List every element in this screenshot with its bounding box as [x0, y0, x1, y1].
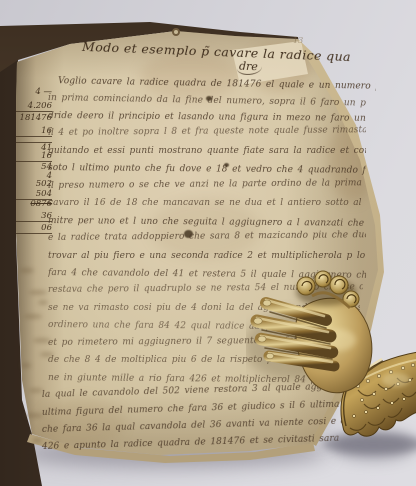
- folio-number: 13: [293, 36, 303, 45]
- ink-smudge: [40, 352, 54, 357]
- margin-calculation-item: 16: [16, 151, 52, 162]
- margin-calculation-item: 36: [16, 211, 52, 222]
- margin-calculation-item: 502: [16, 179, 52, 189]
- brass-hand-clasp: [246, 262, 416, 462]
- ink-smudge: [38, 300, 48, 305]
- fingernail: [258, 336, 266, 342]
- ink-smudge: [29, 388, 43, 393]
- manuscript-line: cavaro il 16 de 18 che mancavan se ne du…: [48, 198, 366, 213]
- ink-smudge: [32, 438, 42, 443]
- margin-calculation-item: 06: [16, 223, 52, 234]
- margin-calculation-item: 181476: [16, 113, 52, 123]
- ink-smudge: [25, 413, 43, 418]
- margin-calculation-item: 0876: [16, 199, 52, 209]
- thumb-scrollwork: [296, 271, 359, 308]
- ink-smudge: [20, 268, 34, 273]
- worm-hole: [172, 28, 180, 36]
- manuscript-line: guitando et essi punti mostrano quante f…: [48, 146, 366, 161]
- ink-smudge: [33, 338, 51, 343]
- ink-smudge: [21, 363, 31, 368]
- fingernail: [263, 300, 271, 306]
- ink-smudge: [29, 290, 47, 295]
- cuff-shadow: [322, 434, 416, 454]
- manuscript-line: e la radice trata addoppiero che sara 8 …: [48, 230, 366, 248]
- ink-smudge: [24, 314, 42, 319]
- fingernail: [254, 318, 262, 324]
- fingernail: [266, 353, 273, 359]
- margin-calculation-item: 16: [16, 126, 52, 137]
- margin-calculation-item: 4.206: [16, 101, 52, 112]
- margin-calculation-item: 4 —: [16, 87, 52, 97]
- manuscript-line: il preso numero o se che ve anzi ne la p…: [48, 178, 366, 196]
- manuscript-photo-scene: 13 Modo et esemplo p̃ cavare la radice q…: [0, 0, 416, 486]
